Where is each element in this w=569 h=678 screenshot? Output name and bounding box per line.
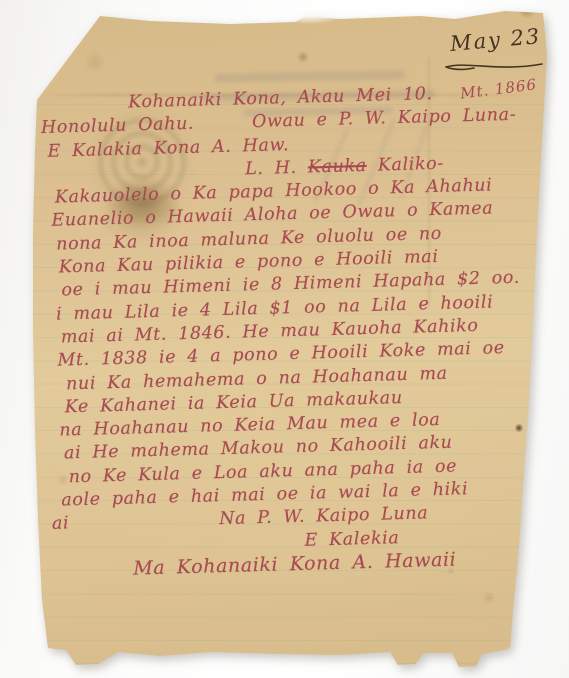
letterhead-bleedthrough	[215, 70, 405, 82]
torn-corner-flap	[27, 13, 45, 59]
signature-place-line: Ma Kohanaiki Kona A. Hawaii	[133, 546, 551, 581]
struck-word: Kauka	[308, 156, 367, 178]
letter-body: Kohanaiki Kona, Akau Mei 10. Honolulu Oa…	[40, 80, 551, 583]
line-segment: L. H.	[245, 157, 308, 179]
line-segment: Kaliko-	[366, 154, 444, 176]
letter-sheet: May 23 Mt. 1866 Kohanaiki Kona, Akau Mei…	[0, 0, 569, 678]
pencil-underline-flourish	[444, 58, 546, 74]
pencil-date-annotation: May 23	[449, 24, 542, 56]
letter-line-left: ai	[52, 513, 70, 537]
aged-paper: May 23 Mt. 1866 Kohanaiki Kona, Akau Mei…	[0, 0, 569, 678]
